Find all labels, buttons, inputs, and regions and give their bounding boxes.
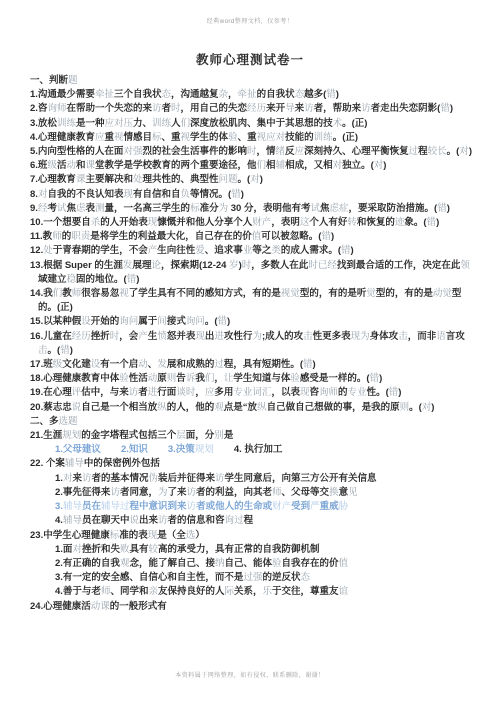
doc-line: 3.有一定的安全感、自信心和自主性，而不是过强的逆反状态 <box>55 571 472 585</box>
doc-line: 7.心理教育课主要解决和处理共性的、典型性问题。(对) <box>30 173 472 187</box>
doc-line: 3.放松训练是一种应对压力、训练人们深度放松肌肉、集中于其思想的技术。(正) <box>30 117 472 131</box>
doc-line: 12.处于青春期的学生，不会产生向往性爱、追求事业等之类的成人需求。(错) <box>30 244 472 258</box>
doc-line: 2.事先征得来访者同意，为了来访者的利益，向其老师、父母等交换意见 <box>55 486 472 500</box>
doc-line: 1.面对挫折和失败具有较高的承受力，具有正常的自我防御机制 <box>55 543 472 557</box>
doc-line: 24.心理健康活动课的一般形式有 <box>30 600 472 614</box>
document-page: 经典word整理文档，仅参考！ 教师心理测试卷一 一、判断题1.沟通最少需要牵扯… <box>0 0 500 707</box>
doc-line: 9.经考试焦虑表测量，一名高三学生的标准分为 30 分，表明他有考试焦虑症，要采… <box>30 202 472 216</box>
doc-line: 1.对来访者的基本情况伪装后并征得来访学生同意后，向第三方公开有关信息 <box>55 472 472 486</box>
section-heading: 一、判断题 <box>30 74 472 88</box>
inline-option: 1.父母建议 <box>55 443 101 457</box>
doc-line: 22. 个案辅导中的保密例外包括 <box>30 457 472 471</box>
inline-option: 2.知识 <box>121 443 148 457</box>
doc-line: 3.辅导员在辅导过程中意识到来访者或他人的生命或财产受到严重威胁 <box>55 500 472 514</box>
doc-line: 10.一个想要自杀的人开始表现慷慨并和他人分享个人财产，表明这个人有好转和恢复的… <box>30 216 472 230</box>
doc-line: 23.中学生心理健康标准的表现是（全选） <box>30 529 472 543</box>
doc-line: 4.善于与老师、同学和亲友保持良好的人际关系，乐于交往，尊重友谊 <box>55 585 472 599</box>
watermark-footer: 本资料属于网络整理，如有侵权，联系删除，谢谢！ <box>0 670 500 679</box>
doc-line: 11.教师的职责是将学生的利益最大化，自己存在的价值可以被忽略。(错) <box>30 230 472 244</box>
doc-line: 14.我们教师很容易忽视了学生具有不同的感知方式，有的是视觉型的，有的是听觉型的… <box>30 287 472 315</box>
doc-line: 15.以某种假设开始的询问属于间接式询问。(错) <box>30 315 472 329</box>
doc-line: 16.儿童在经历挫折时，会产生愤怒并表现出进攻性行为;成人的攻击性更多表现为身体… <box>30 330 472 358</box>
doc-line: 4.心理健康教育应重视情感目标、重视学生的体验、重视应对技能的训练。(正) <box>30 131 472 145</box>
document-body: 一、判断题1.沟通最少需要牵扯三个自我状态，沟通越复杂，牵扯的自我状态越多(错)… <box>0 72 500 614</box>
doc-line: 5.内向型性格的人在面对强烈的社会生活事件的影响时，情绪反应深刻持久、心理平衡恢… <box>30 145 472 159</box>
inline-option: 3.决策规划 <box>168 443 214 457</box>
doc-line: 4.辅导员在聊天中说出来访者的信息和咨询过程 <box>55 514 472 528</box>
doc-line: 21.生涯规划的金字塔程式包括三个层面，分别是 <box>30 429 472 443</box>
section-heading: 二、多选题 <box>30 415 472 429</box>
doc-line: 17.班级文化建设有一个启动、发展和成熟的过程，具有短期性。(错) <box>30 358 472 372</box>
doc-line: 2.咨询师在帮助一个失恋的来访者时，用自己的失恋经历来开导来访者，帮助来访者走出… <box>30 102 472 116</box>
doc-line: 13.根据 Super 的生涯发展理论，探索期(12-24 岁)时，多数人在此时… <box>30 259 472 287</box>
doc-line: 6.班级活动和课堂教学是学校教育的两个重要途径，他们相辅相成，又相对独立。(对) <box>30 159 472 173</box>
watermark-header: 经典word整理文档，仅参考！ <box>0 16 500 25</box>
inline-option: 4. 执行加工 <box>234 443 283 457</box>
doc-line: 19.在心理评估中，与来访者进行面谈时，应多用专业词汇，以表现咨询师的专业性。(… <box>30 386 472 400</box>
doc-line: 18.心理健康教育中体验性活动原则告诉我们，让学生知道与体验感受是一样的。(错) <box>30 372 472 386</box>
page-title: 教师心理测试卷一 <box>0 50 500 68</box>
doc-line: 8.对自我的不良认知表现有自信和自负等情况。(错) <box>30 188 472 202</box>
doc-line: 20.蔡志忠说自己是一个相当放纵的人，他的观点是“放纵自己做自己想做的事，是我的… <box>30 401 472 415</box>
doc-line: 2.有正确的自我观念，能了解自己、接纳自己、能体验自我存在的价值 <box>55 557 472 571</box>
doc-line: 1.沟通最少需要牵扯三个自我状态，沟通越复杂，牵扯的自我状态越多(错) <box>30 88 472 102</box>
doc-line: 1.父母建议2.知识3.决策规划4. 执行加工 <box>55 443 472 457</box>
